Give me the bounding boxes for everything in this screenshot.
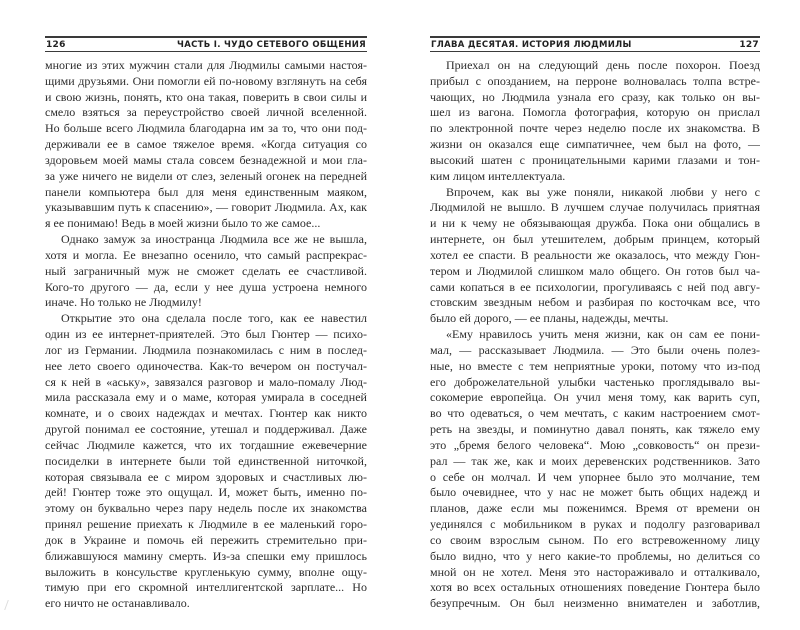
text-line: иначе. Но только не Людмилу! (45, 295, 367, 311)
text-line: и ни к чему не обязывающая дружба. Пока … (430, 216, 760, 232)
text-line: чающих, но Людмила узнала его сразу, как… (430, 90, 760, 106)
text-line: сами копаться в ее психологии, прогулива… (430, 280, 760, 296)
text-line: нее лето своего одиночества. Как-то вече… (45, 359, 367, 375)
text-line: хотя во всех остальных отношениях поведе… (430, 580, 760, 596)
text-line: высокий шатен с проницательными карими г… (430, 153, 760, 169)
text-line: Людмилой не вышло. В лучшем случае получ… (430, 200, 760, 216)
text-line: было видно, что у него какие-то проблемы… (430, 549, 760, 565)
text-line: со своим взрослым сыном. По его встревож… (430, 533, 760, 549)
text-line: о себе он молчал. И чем упорнее было это… (430, 470, 760, 486)
text-line: по электронной почте через неделю после … (430, 121, 760, 137)
scan-mark (4, 600, 15, 610)
text-line: ный заграничный муж не сможет сделать ее… (45, 264, 367, 280)
text-line: ким лицом интеллектуала. (430, 169, 760, 185)
text-line: во что одеваться, о чем мечтать, с каким… (430, 406, 760, 422)
text-line: было ей дорого, — ее планы, надежды, меч… (430, 311, 760, 327)
text-line: реть на звезды, и поминутно давал понять… (430, 422, 760, 438)
text-line: интернете, он был утешителем, добрым при… (430, 232, 760, 248)
text-line: другой понимал ее состояние, утешал и по… (45, 422, 367, 438)
text-line: хотя и могла. Ее внезапно осенило, что с… (45, 248, 367, 264)
text-line: тером и Людмилой слишком мало общего. Он… (430, 264, 760, 280)
text-line: за уже ничего не видели от слез, зеленый… (45, 169, 367, 185)
text-line: указывавшим путь к спасению», — говорит … (45, 200, 367, 216)
text-line: сейчас Людмиле кажется, что их тогдашние… (45, 438, 367, 454)
text-line: дей! Гюнтер тоже это ощущал. И, может бы… (45, 485, 367, 501)
text-line: его ничто не останавливало. (45, 596, 367, 612)
text-line: стовским звездным небом и разбирая по ко… (430, 295, 760, 311)
text-line: ные, но вместе с тем неприятные уроки, п… (430, 359, 760, 375)
text-line: ся к ней в «аську», завязался разговор и… (45, 375, 367, 391)
text-line: которая связывала ее с миром здоровых и … (45, 470, 367, 486)
text-line: Кого-то другого — да, если у нее душа ус… (45, 280, 367, 296)
text-line: Приехал он на следующий день после похор… (430, 58, 760, 74)
text-line: мал, — рассказывает Людмила. — Это были … (430, 343, 760, 359)
text-line: щими друзьями. Они помогли ей по-новому … (45, 74, 367, 90)
body-text: многие из этих мужчин стали для Людмилы … (45, 58, 367, 612)
running-head-title: ГЛАВА ДЕСЯТАЯ. ИСТОРИЯ ЛЮДМИЛЫ (431, 40, 632, 50)
text-line: Но больше всего Людмила благодарна им за… (45, 121, 367, 137)
text-line: прибыл с опозданием, на перроне волновал… (430, 74, 760, 90)
right-page: ГЛАВА ДЕСЯТАЯ. ИСТОРИЯ ЛЮДМИЛЫ 127 Приех… (430, 0, 760, 630)
text-line: «Ему нравилось учить меня жизни, как он … (430, 327, 760, 343)
text-line: его доброжелательной улыбки частенько пр… (430, 375, 760, 391)
running-head-left: 126 ЧАСТЬ I. ЧУДО СЕТЕВОГО ОБЩЕНИЯ (45, 36, 367, 52)
text-line: выложить в консульстве кругленькую сумму… (45, 565, 367, 581)
text-line: док в Украине и помочь ей пережить стрем… (45, 533, 367, 549)
text-line: было очевиднее, что у нас не может быть … (430, 485, 760, 501)
text-line: я ее понимаю! Ведь в моей жизни было то … (45, 216, 367, 232)
text-line: здоровьем моей мамы стала совсем безнаде… (45, 153, 367, 169)
text-line: уединялся с мобильником в руках и подолг… (430, 517, 760, 533)
text-line: этому он буквально через пару недель пос… (45, 501, 367, 517)
running-head-right: ГЛАВА ДЕСЯТАЯ. ИСТОРИЯ ЛЮДМИЛЫ 127 (430, 36, 760, 52)
text-line: многие из этих мужчин стали для Людмилы … (45, 58, 367, 74)
text-line: жизни он оказался еще симпатичнее, чем б… (430, 137, 760, 153)
left-page: 126 ЧАСТЬ I. ЧУДО СЕТЕВОГО ОБЩЕНИЯ многи… (45, 0, 367, 630)
text-line: принял решение приехать к Людмиле в ее м… (45, 517, 367, 533)
text-line: держивали ее в самое тяжелое время. «Ког… (45, 137, 367, 153)
body-text: Приехал он на следующий день после похор… (430, 58, 760, 612)
text-line: посиделки в интернете были той единствен… (45, 454, 367, 470)
page-number: 127 (739, 40, 759, 50)
text-line: хотел ее спасти. В реальности же оказало… (430, 248, 760, 264)
text-line: смело взяться за переустройство своей ли… (45, 105, 367, 121)
text-line: Открытие это она сделала после того, как… (45, 311, 367, 327)
text-line: это „бремя белого человека“. Мою „совков… (430, 438, 760, 454)
text-line: рал — так же, как и моих деревенских род… (430, 454, 760, 470)
running-head-title: ЧАСТЬ I. ЧУДО СЕТЕВОГО ОБЩЕНИЯ (177, 40, 366, 50)
text-line: ближавшуюся мамину смерть. Из-за спешки … (45, 549, 367, 565)
text-line: мила рассказала ему и о маме, которая ум… (45, 390, 367, 406)
page-number: 126 (46, 40, 66, 50)
text-line: безупречным. Он был неизменно внимателен… (430, 596, 760, 612)
text-line: и свою жизнь, понять, кто она такая, пов… (45, 90, 367, 106)
text-line: панели компьютера был для меня единствен… (45, 185, 367, 201)
text-line: Однако замуж за иностранца Людмила все ж… (45, 232, 367, 248)
text-line: шел из вагона. Помогла фотография, котор… (430, 105, 760, 121)
text-line: планов, даже если мы поженимся. Время от… (430, 501, 760, 517)
text-line: мной он не хотел. Меня это настораживало… (430, 565, 760, 581)
text-line: тимую при его скромной интеллигентской з… (45, 580, 367, 596)
text-line: сокомерие европейца. Он учил меня тому, … (430, 390, 760, 406)
text-line: один из ее интернет-приятелей. Это был Г… (45, 327, 367, 343)
text-line: комнате, и о своих надеждах и мечтах. Гю… (45, 406, 367, 422)
text-line: лог из Германии. Людмила познакомилась с… (45, 343, 367, 359)
text-line: Впрочем, как вы уже поняли, никакой любв… (430, 185, 760, 201)
